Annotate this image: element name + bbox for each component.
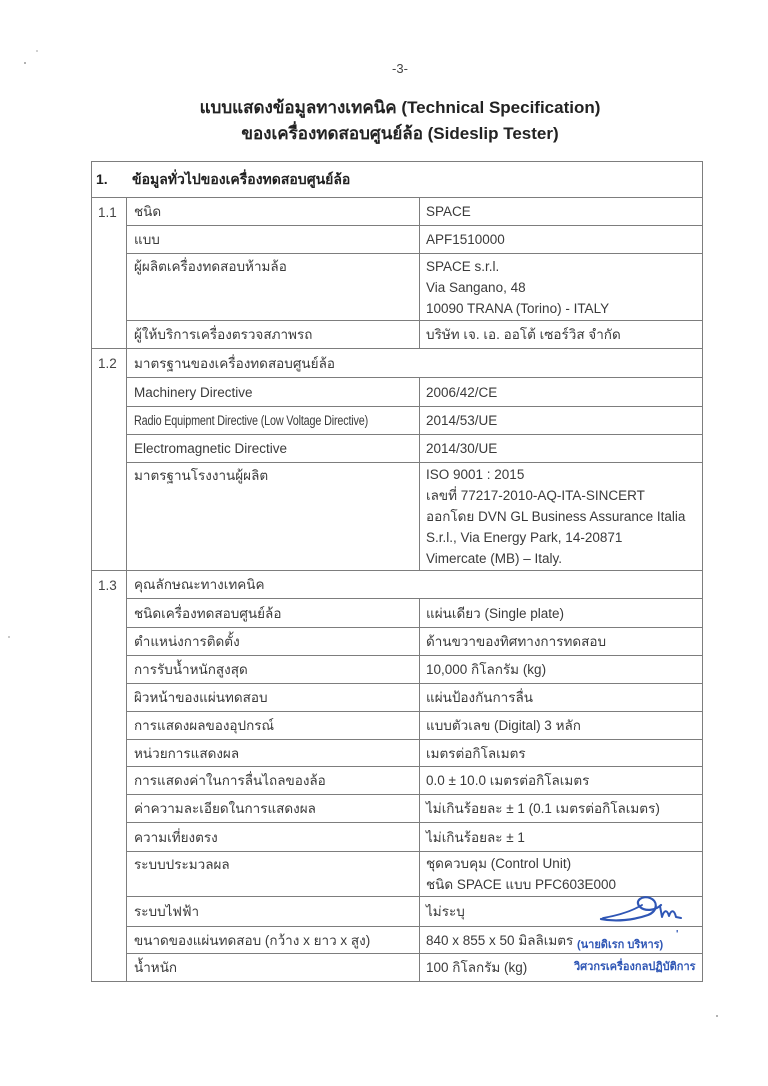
section-heading: มาตรฐานของเครื่องทดสอบศูนย์ล้อ [127, 349, 703, 378]
table-row: แบบ APF1510000 [92, 226, 703, 254]
table-row: การแสดงค่าในการลื่นไถลของล้อ 0.0 ± 10.0 … [92, 767, 703, 795]
section-heading-row: 1.2 มาตรฐานของเครื่องทดสอบศูนย์ล้อ [92, 349, 703, 378]
value-line: ไม่เกินร้อยละ ± 1 (0.1 เมตรต่อกิโลเมตร) [426, 798, 696, 819]
value-line: SPACE [426, 201, 696, 222]
value-line: 10,000 กิโลกรัม (kg) [426, 659, 696, 680]
table-row: 1.1 ชนิด SPACE [92, 198, 703, 226]
value-line: เลขที่ 77217-2010-AQ-ITA-SINCERT [426, 485, 696, 506]
row-value: 2014/53/UE [420, 407, 703, 435]
row-label-text: Radio Equipment Directive (Low Voltage D… [134, 410, 368, 431]
row-value: ISO 9001 : 2015 เลขที่ 77217-2010-AQ-ITA… [420, 463, 703, 571]
header-title: ข้อมูลทั่วไปของเครื่องทดสอบศูนย์ล้อ [132, 171, 350, 187]
row-value: SPACE [420, 198, 703, 226]
document-title: แบบแสดงข้อมูลทางเทคนิค (Technical Specif… [100, 95, 700, 147]
row-label: ผู้ผลิตเครื่องทดสอบห้ามล้อ [127, 254, 420, 321]
row-label: ชนิด [127, 198, 420, 226]
table-row: หน่วยการแสดงผล เมตรต่อกิโลเมตร [92, 740, 703, 767]
value-line: เมตรต่อกิโลเมตร [426, 743, 696, 764]
row-label: ผิวหน้าของแผ่นทดสอบ [127, 684, 420, 712]
value-line: แผ่นเดียว (Single plate) [426, 603, 696, 624]
spec-table: 1.ข้อมูลทั่วไปของเครื่องทดสอบศูนย์ล้อ 1.… [91, 161, 703, 982]
value-line: ด้านขวาของทิศทางการทดสอบ [426, 631, 696, 652]
row-value: ด้านขวาของทิศทางการทดสอบ [420, 628, 703, 656]
row-label: Machinery Directive [127, 378, 420, 407]
value-line: Vimercate (MB) – Italy. [426, 548, 696, 569]
row-label: ชนิดเครื่องทดสอบศูนย์ล้อ [127, 599, 420, 628]
table-row: การแสดงผลของอุปกรณ์ แบบตัวเลข (Digital) … [92, 712, 703, 740]
value-line: ออกโดย DVN GL Business Assurance Italia [426, 506, 696, 527]
section-number: 1.3 [92, 571, 127, 982]
scan-speck [8, 636, 10, 638]
value-line: ISO 9001 : 2015 [426, 464, 696, 485]
table-row: ค่าความละเอียดในการแสดงผล ไม่เกินร้อยละ … [92, 795, 703, 823]
row-label: หน่วยการแสดงผล [127, 740, 420, 767]
table-row: Electromagnetic Directive 2014/30/UE [92, 435, 703, 463]
row-value: เมตรต่อกิโลเมตร [420, 740, 703, 767]
table-row: ผิวหน้าของแผ่นทดสอบ แผ่นป้องกันการลื่น [92, 684, 703, 712]
row-value: APF1510000 [420, 226, 703, 254]
value-line: ชุดควบคุม (Control Unit) [426, 853, 696, 874]
table-row: ความเที่ยงตรง ไม่เกินร้อยละ ± 1 [92, 823, 703, 852]
row-value: แผ่นป้องกันการลื่น [420, 684, 703, 712]
row-label: ผู้ให้บริการเครื่องตรวจสภาพรถ [127, 321, 420, 349]
title-line-1: แบบแสดงข้อมูลทางเทคนิค (Technical Specif… [100, 95, 700, 121]
header-number: 1. [96, 169, 132, 190]
row-label: ระบบประมวลผล [127, 852, 420, 897]
value-line: Via Sangano, 48 [426, 277, 696, 298]
row-label: ความเที่ยงตรง [127, 823, 420, 852]
table-row: ตำแหน่งการติดตั้ง ด้านขวาของทิศทางการทดส… [92, 628, 703, 656]
row-label: ขนาดของแผ่นทดสอบ (กว้าง x ยาว x สูง) [127, 927, 420, 954]
row-value: ไม่เกินร้อยละ ± 1 [420, 823, 703, 852]
row-label: Electromagnetic Directive [127, 435, 420, 463]
value-line: ชนิด SPACE แบบ PFC603E000 [426, 874, 696, 895]
row-value: บริษัท เจ. เอ. ออโต้ เซอร์วิส จำกัด [420, 321, 703, 349]
row-value: แบบตัวเลข (Digital) 3 หลัก [420, 712, 703, 740]
row-label: น้ำหนัก [127, 954, 420, 982]
row-label: การแสดงค่าในการลื่นไถลของล้อ [127, 767, 420, 795]
value-line: ไม่เกินร้อยละ ± 1 [426, 827, 696, 848]
value-line: แผ่นป้องกันการลื่น [426, 687, 696, 708]
value-line: 2014/53/UE [426, 410, 696, 431]
row-label: การแสดงผลของอุปกรณ์ [127, 712, 420, 740]
row-value: 0.0 ± 10.0 เมตรต่อกิโลเมตร [420, 767, 703, 795]
row-value: แผ่นเดียว (Single plate) [420, 599, 703, 628]
row-value: 2006/42/CE [420, 378, 703, 407]
table-row: ผู้ผลิตเครื่องทดสอบห้ามล้อ SPACE s.r.l. … [92, 254, 703, 321]
row-value: SPACE s.r.l. Via Sangano, 48 10090 TRANA… [420, 254, 703, 321]
scan-speck [36, 50, 38, 52]
table-row: มาตรฐานโรงงานผู้ผลิต ISO 9001 : 2015 เลข… [92, 463, 703, 571]
value-line: SPACE s.r.l. [426, 256, 696, 277]
table-row: ชนิดเครื่องทดสอบศูนย์ล้อ แผ่นเดียว (Sing… [92, 599, 703, 628]
table-row: การรับน้ำหนักสูงสุด 10,000 กิโลกรัม (kg) [92, 656, 703, 684]
row-value: 10,000 กิโลกรัม (kg) [420, 656, 703, 684]
title-line-2: ของเครื่องทดสอบศูนย์ล้อ (Sideslip Tester… [100, 121, 700, 147]
row-value: 2014/30/UE [420, 435, 703, 463]
row-label: มาตรฐานโรงงานผู้ผลิต [127, 463, 420, 571]
table-row: ระบบประมวลผล ชุดควบคุม (Control Unit) ชน… [92, 852, 703, 897]
row-label: การรับน้ำหนักสูงสุด [127, 656, 420, 684]
row-value: ชุดควบคุม (Control Unit) ชนิด SPACE แบบ … [420, 852, 703, 897]
row-label: ค่าความละเอียดในการแสดงผล [127, 795, 420, 823]
value-line: แบบตัวเลข (Digital) 3 หลัก [426, 715, 696, 736]
scan-speck [24, 62, 26, 64]
tick-mark-icon: ' [676, 929, 678, 940]
value-line: บริษัท เจ. เอ. ออโต้ เซอร์วิส จำกัด [426, 324, 696, 345]
row-label: Radio Equipment Directive (Low Voltage D… [127, 407, 420, 435]
signer-name: (นายดิเรก บริหาร) [577, 935, 663, 953]
signature-icon [598, 893, 684, 925]
page-number: -3- [370, 61, 430, 76]
table-row: Radio Equipment Directive (Low Voltage D… [92, 407, 703, 435]
section-heading-row: 1.3 คุณลักษณะทางเทคนิค [92, 571, 703, 599]
value-line: APF1510000 [426, 229, 696, 250]
value-line: 2006/42/CE [426, 382, 696, 403]
scan-speck [716, 1015, 718, 1017]
value-line: S.r.l., Via Energy Park, 14-20871 [426, 527, 696, 548]
value-line: 0.0 ± 10.0 เมตรต่อกิโลเมตร [426, 770, 696, 791]
value-line: 10090 TRANA (Torino) - ITALY [426, 298, 696, 319]
table-row: Machinery Directive 2006/42/CE [92, 378, 703, 407]
row-label: ระบบไฟฟ้า [127, 897, 420, 927]
row-label: ตำแหน่งการติดตั้ง [127, 628, 420, 656]
section-heading: คุณลักษณะทางเทคนิค [127, 571, 703, 599]
table-row: ผู้ให้บริการเครื่องตรวจสภาพรถ บริษัท เจ.… [92, 321, 703, 349]
value-line: 2014/30/UE [426, 438, 696, 459]
section-number: 1.1 [92, 198, 127, 349]
table-header: 1.ข้อมูลทั่วไปของเครื่องทดสอบศูนย์ล้อ [92, 162, 703, 198]
signer-position: วิศวกรเครื่องกลปฏิบัติการ [574, 957, 696, 975]
table-header-row: 1.ข้อมูลทั่วไปของเครื่องทดสอบศูนย์ล้อ [92, 162, 703, 198]
row-value: ไม่เกินร้อยละ ± 1 (0.1 เมตรต่อกิโลเมตร) [420, 795, 703, 823]
section-number: 1.2 [92, 349, 127, 571]
row-label: แบบ [127, 226, 420, 254]
